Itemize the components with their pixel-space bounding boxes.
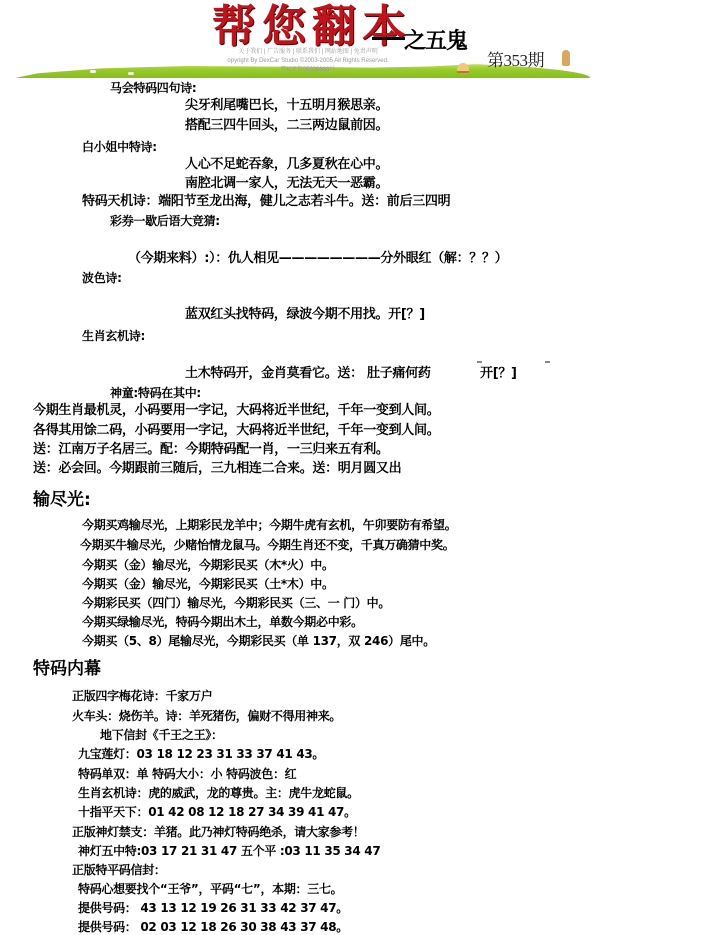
mahui-line-1: 尖牙利尾嘴巴长，十五明月猴思亲。	[185, 98, 388, 114]
figure-decoration-icon	[562, 50, 570, 66]
neimu-line-9: 神灯五中特:03 17 21 31 47 五个平 :03 11 35 34 47	[78, 843, 380, 859]
shentong-line-1: 今期生肖最机灵，小码要用一字记，大码将近半世纪，千年一变到人间。	[33, 403, 439, 419]
shentong-line-2: 各得其用馀二码，小码要用一字记，大码将近半世纪，千年一变到人间。	[33, 423, 439, 439]
neimu-heading: 特码内幕	[33, 659, 101, 679]
shujinguang-line-7: 今期买（5、8）尾输尽光，今期彩民买（单 137，双 246）尾中。	[82, 633, 435, 649]
grass-spot-decoration	[128, 72, 134, 75]
page-title: 帮您翻本	[212, 2, 412, 52]
neimu-line-7: 十指平天下：01 42 08 12 18 27 34 39 41 47。	[78, 804, 356, 820]
shentong-heading: 神童:特码在其中:	[110, 385, 201, 401]
xiehouyu-heading: 彩券一歇后语大竞猜:	[110, 213, 220, 229]
title-dash	[372, 37, 405, 40]
neimu-line-5: 特码单双：单 特码大小：小 特码波色：红	[78, 766, 296, 782]
neimu-line-6: 生肖玄机诗：虎的威武，龙的尊贵。主：虎牛龙蛇鼠。	[78, 785, 359, 801]
copyright-text: opyright By DexCar Studio ©2003-2005 All…	[208, 57, 408, 66]
neimu-line-2: 火车头：烧伤羊。诗：羊死猪伤，偏财不得用神来。	[72, 708, 341, 724]
shujinguang-heading: 输尽光:	[33, 490, 91, 510]
neimu-line-10: 正版特平码信封：	[72, 862, 166, 878]
bai-line-2: 南腔北调一家人，无法无天一恶霸。	[185, 176, 388, 192]
bose-heading: 波色诗:	[82, 270, 122, 286]
grass-spot-decoration	[90, 70, 96, 73]
stray-mark	[545, 361, 550, 363]
shentong-line-4: 送：必会回。今期跟前三随后，三九相连二合来。送：明月圆又出	[33, 461, 401, 477]
copyright-block: 关于我们 | 广告服务 | 联系我们 | 网站地图 | 免责声明 opyrigh…	[208, 48, 408, 75]
shentong-line-3: 送：江南万子名居三。配：今期特码配一肖，一三归来五有利。	[33, 442, 389, 458]
issue-number: 第353期	[487, 46, 544, 71]
header-banner: 关于我们 | 广告服务 | 联系我们 | 网站地图 | 免责声明 opyrigh…	[0, 0, 720, 80]
neimu-line-1: 正版四字梅花诗：千家万户	[72, 688, 212, 704]
shujinguang-line-3: 今期买（金）输尽光，今期彩民买（木*火）中。	[82, 557, 334, 573]
house-icon	[457, 63, 469, 73]
neimu-line-4: 九宝莲灯：03 18 12 23 31 33 37 41 43。	[78, 746, 324, 762]
shujinguang-line-1: 今期买鸡输尽光，上期彩民龙羊中；今期牛虎有玄机，午卯要防有希望。	[82, 517, 456, 533]
shujinguang-line-6: 今期买绿输尽光，特码今期出木土，单数今期必中彩。	[82, 614, 363, 630]
neimu-line-12: 提供号码： 43 13 12 19 26 31 33 42 37 47。	[78, 900, 348, 916]
neimu-line-13: 提供号码： 02 03 12 18 26 30 38 43 37 48。	[78, 919, 348, 935]
neimu-line-8: 正版神灯禁支：羊猪。此乃神灯特码绝杀，请大家参考！	[72, 824, 365, 840]
stray-mark	[477, 361, 482, 363]
xiehouyu-line: （今期来料）:）：仇人相见————————分外眼红（解：？？）	[128, 251, 507, 267]
shengxiao-line: 土木特码开，金肖莫看它。送： 肚子痛何药	[185, 366, 431, 382]
mahui-line-2: 搭配三四牛回头，二三两边鼠前因。	[185, 118, 388, 134]
shengxiao-heading: 生肖玄机诗:	[82, 328, 145, 344]
tianji-line: 特码天机诗：端阳节至龙出海，健儿之志若斗牛。送：前后三四明	[82, 194, 450, 210]
neimu-line-3: 地下信封《千王之王》：	[100, 727, 223, 743]
shengxiao-line-open: 开[？]	[480, 366, 517, 382]
mahui-heading: 马会特码四句诗:	[110, 80, 196, 96]
shujinguang-line-4: 今期买（金）输尽光，今期彩民买（土*木）中。	[82, 576, 334, 592]
shujinguang-line-2: 今期买牛输尽光，少赌怡情龙鼠马。今期生肖还不变，千真万确猜中奖。	[80, 537, 454, 553]
bai-line-1: 人心不足蛇吞象，几多夏秋在心中。	[185, 157, 388, 173]
bose-line: 蓝双红头找特码，绿波今期不用找。开[？]	[185, 307, 425, 323]
page-subtitle: 之五鬼	[404, 24, 467, 55]
shujinguang-line-5: 今期彩民买（四门）输尽光，今期彩民买（三、一 门）中。	[82, 595, 390, 611]
bai-heading: 白小姐中特诗:	[82, 139, 157, 155]
icp-number: 粤ICP备05006668号	[208, 66, 408, 75]
neimu-line-11: 特码心想要找个“王爷”，平码“七”，本期：三七。	[78, 881, 342, 897]
